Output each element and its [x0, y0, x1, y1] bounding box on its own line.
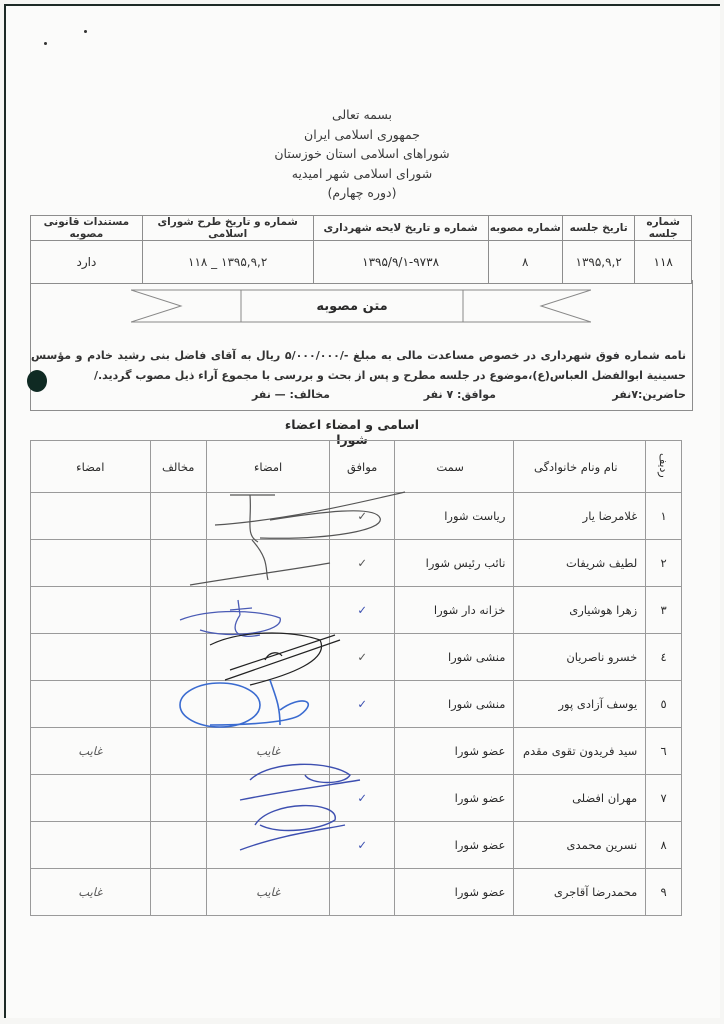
- agree-mark: [330, 869, 394, 916]
- signature-cell: [206, 493, 330, 540]
- absent-mark: غایب: [206, 728, 330, 775]
- scan-speck: [84, 30, 87, 33]
- member-role: عضو شورا: [394, 728, 514, 775]
- oppose-cell: [150, 493, 206, 540]
- agree-mark: ✓: [330, 822, 394, 869]
- member-role: منشی شورا: [394, 681, 514, 728]
- col-municipality-bill: شماره و تاریخ لایحه شهرداری: [313, 216, 488, 241]
- agree-mark: [330, 728, 394, 775]
- table-row: ۳ زهرا هوشیاری خزانه دار شورا ✓: [31, 587, 682, 634]
- members-table: ردیف نام ونام خانوادگی سمت موافق امضاء م…: [30, 440, 682, 916]
- oppose-cell: [150, 869, 206, 916]
- row-index: ٤: [646, 634, 682, 681]
- letterhead-line: شوراهای اسلامی استان خوزستان: [200, 144, 524, 164]
- member-name: خسرو ناصریان: [514, 634, 646, 681]
- member-name: غلامرضا یار: [514, 493, 646, 540]
- agree-mark: ✓: [330, 587, 394, 634]
- agree-mark: ✓: [330, 775, 394, 822]
- member-role: نائب رئیس شورا: [394, 540, 514, 587]
- agree-mark: ✓: [330, 540, 394, 587]
- col-legal-documents: مستندات قانونی مصوبه: [31, 216, 143, 241]
- member-name: سید فریدون تقوی مقدم: [514, 728, 646, 775]
- table-row: ۸ نسرین محمدی عضو شورا ✓: [31, 822, 682, 869]
- row-index: ۳: [646, 587, 682, 634]
- col-session-date: تاریخ جلسه: [562, 216, 635, 241]
- row-index: ۲: [646, 540, 682, 587]
- resolution-body: نامه شماره فوق شهرداری در خصوص مساعدت ما…: [31, 346, 686, 386]
- oppose-cell: [150, 540, 206, 587]
- punch-hole: [27, 370, 47, 392]
- row-index: ۸: [646, 822, 682, 869]
- col-agree: موافق: [330, 441, 394, 493]
- col-resolution-number: شماره مصوبه: [488, 216, 562, 241]
- member-role: خزانه دار شورا: [394, 587, 514, 634]
- agree-count: موافق: ۷ نفر: [424, 388, 496, 401]
- member-name: لطیف شریفات: [514, 540, 646, 587]
- signature-cell: [206, 775, 330, 822]
- table-row: ٥ یوسف آزادی پور منشی شورا ✓: [31, 681, 682, 728]
- table-row: ۹ محمدرضا آقاجری عضو شورا غایب غایب: [31, 869, 682, 916]
- signature-2-cell: [31, 540, 151, 587]
- signature-cell: [206, 587, 330, 634]
- member-role: ریاست شورا: [394, 493, 514, 540]
- row-index: ۱: [646, 493, 682, 540]
- signature-2-cell: [31, 587, 151, 634]
- member-name: یوسف آزادی پور: [514, 681, 646, 728]
- col-role: سمت: [394, 441, 514, 493]
- legal-documents: دارد: [31, 241, 143, 284]
- absent-mark: غایب: [31, 869, 151, 916]
- member-name: مهران افضلی: [514, 775, 646, 822]
- session-number: ۱۱۸: [635, 241, 692, 284]
- agree-mark: ✓: [330, 634, 394, 681]
- col-oppose: مخالف: [150, 441, 206, 493]
- letterhead-line: (دوره چهارم): [200, 183, 524, 203]
- member-name: زهرا هوشیاری: [514, 587, 646, 634]
- member-role: عضو شورا: [394, 775, 514, 822]
- scan-speck: [44, 42, 47, 45]
- row-index: ٦: [646, 728, 682, 775]
- signature-cell: [206, 540, 330, 587]
- oppose-cell: [150, 587, 206, 634]
- signature-cell: [206, 634, 330, 681]
- meta-value-row: ۱۱۸ ۱۳۹۵,۹,۲ ۸ ۱۳۹۵/۹/۱-۹۷۳۸ ۱۳۹۵,۹,۲ _ …: [31, 241, 692, 284]
- signature-2-cell: [31, 493, 151, 540]
- table-row: ۲ لطیف شریفات نائب رئیس شورا ✓: [31, 540, 682, 587]
- resolution-number: ۸: [488, 241, 562, 284]
- member-role: منشی شورا: [394, 634, 514, 681]
- col-name: نام ونام خانوادگی: [514, 441, 646, 493]
- table-row: ۷ مهران افضلی عضو شورا ✓: [31, 775, 682, 822]
- meta-header-row: شماره جلسه تاریخ جلسه شماره مصوبه شماره …: [31, 216, 692, 241]
- absent-mark: غایب: [206, 869, 330, 916]
- letterhead-line: جمهوری اسلامی ایران: [200, 125, 524, 145]
- row-index: ۹: [646, 869, 682, 916]
- letterhead-line: بسمه تعالی: [200, 105, 524, 125]
- signature-cell: [206, 822, 330, 869]
- col-council-plan: شماره و تاریخ طرح شورای اسلامی: [142, 216, 313, 241]
- col-row: ردیف: [646, 441, 682, 493]
- col-signature: امضاء: [206, 441, 330, 493]
- oppose-cell: [150, 775, 206, 822]
- signature-2-cell: [31, 775, 151, 822]
- council-plan: ۱۳۹۵,۹,۲ _ ۱۱۸: [142, 241, 313, 284]
- agree-mark: ✓: [330, 493, 394, 540]
- signature-2-cell: [31, 822, 151, 869]
- table-row: ٦ سید فریدون تقوی مقدم عضو شورا غایب غای…: [31, 728, 682, 775]
- session-date: ۱۳۹۵,۹,۲: [562, 241, 635, 284]
- oppose-cell: [150, 634, 206, 681]
- letterhead-line: شورای اسلامی شهر امیدیه: [200, 164, 524, 184]
- member-name: محمدرضا آقاجری: [514, 869, 646, 916]
- municipality-bill: ۱۳۹۵/۹/۱-۹۷۳۸: [313, 241, 488, 284]
- members-header-row: ردیف نام ونام خانوادگی سمت موافق امضاء م…: [31, 441, 682, 493]
- signature-2-cell: [31, 681, 151, 728]
- member-role: عضو شورا: [394, 822, 514, 869]
- resolution-title: متن مصوبه: [241, 288, 463, 324]
- oppose-count: مخالف: — نفر: [252, 388, 330, 401]
- title-ribbon: متن مصوبه: [131, 288, 591, 324]
- signature-2-cell: [31, 634, 151, 681]
- table-row: ٤ خسرو ناصریان منشی شورا ✓: [31, 634, 682, 681]
- absent-mark: غایب: [31, 728, 151, 775]
- agree-mark: ✓: [330, 681, 394, 728]
- resolution-text-box: متن مصوبه نامه شماره فوق شهرداری در خصوص…: [30, 280, 693, 411]
- member-name: نسرین محمدی: [514, 822, 646, 869]
- col-signature-2: امضاء: [31, 441, 151, 493]
- letterhead: بسمه تعالی جمهوری اسلامی ایران شوراهای ا…: [200, 105, 524, 203]
- oppose-cell: [150, 681, 206, 728]
- row-index: ۷: [646, 775, 682, 822]
- row-index: ٥: [646, 681, 682, 728]
- col-session-number: شماره جلسه: [635, 216, 692, 241]
- oppose-cell: [150, 822, 206, 869]
- oppose-cell: [150, 728, 206, 775]
- present-count: حاضرین:۷نفر: [612, 388, 686, 401]
- table-row: ۱ غلامرضا یار ریاست شورا ✓: [31, 493, 682, 540]
- signature-cell: [206, 681, 330, 728]
- resolution-meta-table: شماره جلسه تاریخ جلسه شماره مصوبه شماره …: [30, 215, 692, 284]
- member-role: عضو شورا: [394, 869, 514, 916]
